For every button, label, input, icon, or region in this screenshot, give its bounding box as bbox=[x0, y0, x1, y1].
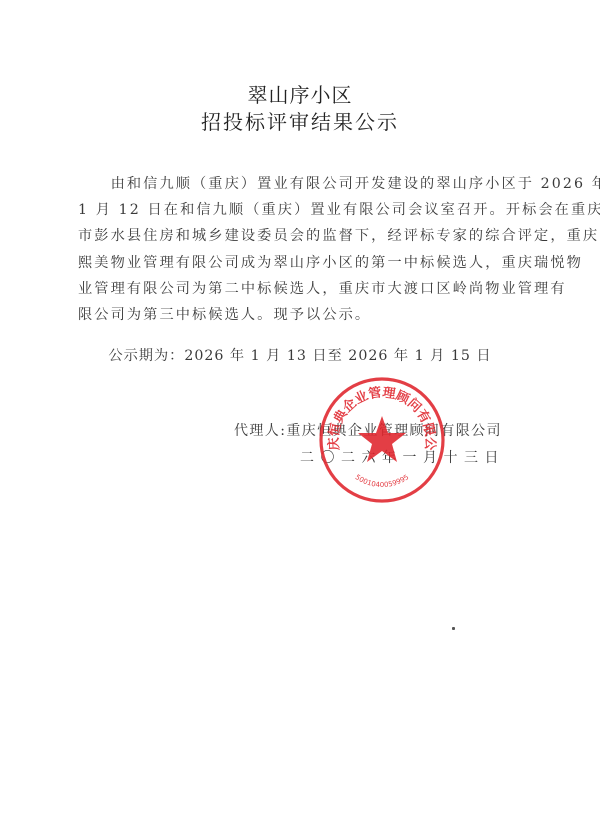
scan-artifact bbox=[452, 627, 455, 630]
body-line: 由和信九顺（重庆）置业有限公司开发建设的翠山序小区于 2026 年 bbox=[78, 171, 526, 197]
body-line: 业管理有限公司为第二中标候选人，重庆市大渡口区岭尚物业管理有 bbox=[78, 276, 526, 302]
document-subtitle: 招投标评审结果公示 bbox=[0, 106, 600, 135]
body-line: 1 月 12 日在和信九顺（重庆）置业有限公司会议室召开。开标会在重庆 bbox=[78, 197, 526, 223]
company-seal-icon: 重庆恒典企业管理顾问有限公司 5001040059995 bbox=[318, 376, 446, 504]
svg-text:5001040059995: 5001040059995 bbox=[354, 473, 411, 489]
agent-signature: 代理人:重庆恒典企业管理顾问有限公司 bbox=[234, 420, 502, 440]
body-line: 熙美物业管理有限公司成为翠山序小区的第一中标候选人，重庆瑞悦物 bbox=[78, 250, 526, 276]
announcement-body: 由和信九顺（重庆）置业有限公司开发建设的翠山序小区于 2026 年 1 月 12… bbox=[78, 171, 526, 328]
publicity-period: 公示期为：2026 年 1 月 13 日至 2026 年 1 月 15 日 bbox=[78, 345, 492, 365]
svg-text:重庆恒典企业管理顾问有限公司: 重庆恒典企业管理顾问有限公司 bbox=[318, 376, 437, 452]
document-title: 翠山序小区 bbox=[0, 79, 600, 108]
body-line: 限公司为第三中标候选人。现予以公示。 bbox=[78, 302, 526, 328]
body-line: 市彭水县住房和城乡建设委员会的监督下，经评标专家的综合评定，重庆 bbox=[78, 223, 526, 249]
signature-date: 二〇二六年一月十三日 bbox=[300, 447, 505, 467]
